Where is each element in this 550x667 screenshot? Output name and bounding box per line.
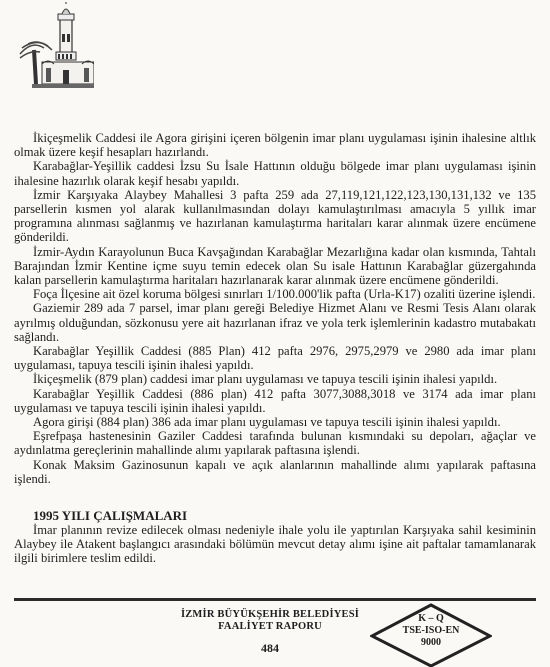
paragraph: İkiçeşmelik Caddesi ile Agora girişini i… bbox=[14, 131, 536, 159]
paragraph: Agora girişi (884 plan) 386 ada imar pla… bbox=[14, 415, 536, 429]
paragraph: Karabağlar Yeşillik Caddesi (886 plan) 4… bbox=[14, 387, 536, 415]
section-heading: 1995 YILI ÇALIŞMALARI bbox=[33, 509, 536, 523]
paragraph: İzmir-Aydın Karayolunun Buca Kavşağından… bbox=[14, 245, 536, 288]
paragraph: Foça İlçesine ait özel koruma bölgesi sı… bbox=[14, 287, 536, 301]
paragraph: İzmir Karşıyaka Alaybey Mahallesi 3 paft… bbox=[14, 188, 536, 245]
paragraph: Karabağlar Yeşillik Caddesi (885 Plan) 4… bbox=[14, 344, 536, 372]
footer-divider bbox=[14, 598, 536, 601]
footer-title: İZMİR BÜYÜKŞEHİR BELEDİYESİ FAALİYET RAP… bbox=[170, 609, 370, 633]
paragraph: Gaziemir 289 ada 7 parsel, imar planı ge… bbox=[14, 301, 536, 344]
section-paragraph: İmar planının revize edilecek olması ned… bbox=[14, 523, 536, 566]
report-name: FAALİYET RAPORU bbox=[170, 621, 370, 633]
organization-name: İZMİR BÜYÜKŞEHİR BELEDİYESİ bbox=[170, 609, 370, 621]
page-number: 484 bbox=[240, 641, 300, 656]
paragraph: Karabağlar-Yeşillik caddesi İzsu Su İsal… bbox=[14, 159, 536, 187]
paragraph: Konak Maksim Gazinosunun kapalı ve açık … bbox=[14, 458, 536, 486]
report-body: İkiçeşmelik Caddesi ile Agora girişini i… bbox=[14, 131, 536, 566]
badge-line-3: 9000 bbox=[370, 637, 492, 649]
clock-tower-icon bbox=[14, 2, 94, 92]
paragraph: Eşrefpaşa hastenesinin Gaziler Caddesi t… bbox=[14, 429, 536, 457]
quality-certificate-badge: K – Q TSE-ISO-EN 9000 bbox=[370, 603, 492, 667]
badge-line-1: K – Q bbox=[370, 613, 492, 625]
badge-line-2: TSE-ISO-EN bbox=[370, 625, 492, 637]
paragraph: İkiçeşmelik (879 plan) caddesi imar plan… bbox=[14, 372, 536, 386]
